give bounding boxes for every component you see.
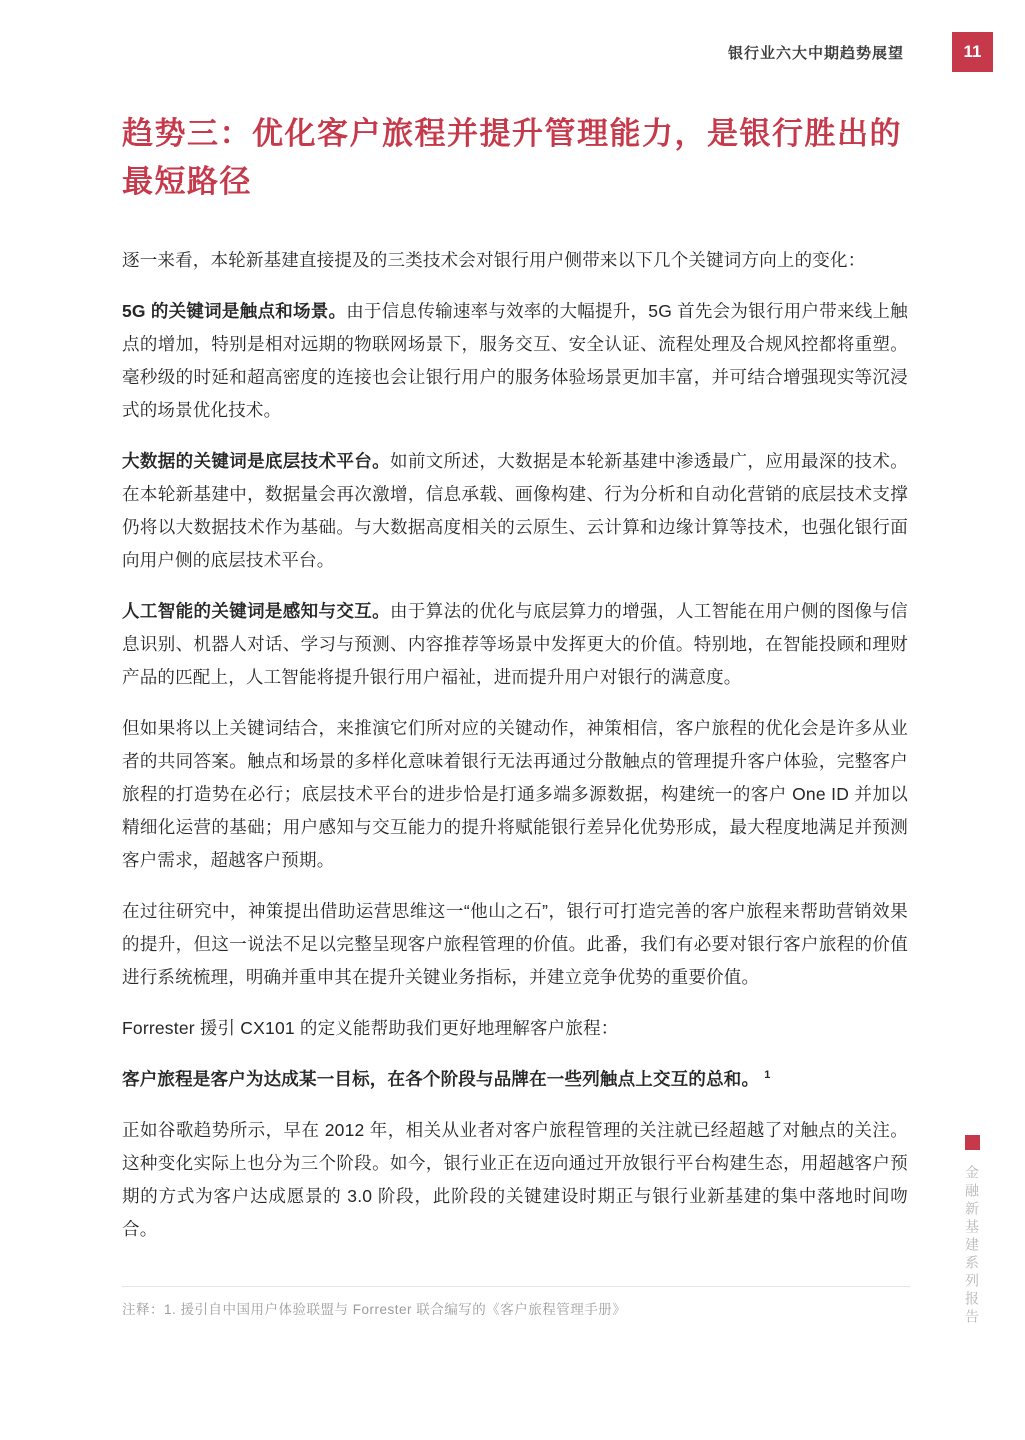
paragraph-text: Forrester 援引 CX101 的定义能帮助我们更好地理解客户旅程： <box>122 1018 618 1038</box>
body-paragraph: Forrester 援引 CX101 的定义能帮助我们更好地理解客户旅程： <box>122 1012 908 1045</box>
page-number-badge: 11 <box>952 32 993 72</box>
body-paragraph: 在过往研究中，神策提出借助运营思维这一“他山之石”，银行可打造完善的客户旅程来帮… <box>122 895 908 994</box>
body-paragraph: 逐一来看，本轮新基建直接提及的三类技术会对银行用户侧带来以下几个关键词方向上的变… <box>122 244 908 277</box>
body-paragraph: 但如果将以上关键词结合，来推演它们所对应的关键动作，神策相信，客户旅程的优化会是… <box>122 712 908 877</box>
body-paragraph: 5G 的关键词是触点和场景。由于信息传输速率与效率的大幅提升，5G 首先会为银行… <box>122 295 908 427</box>
article: 趋势三：优化客户旅程并提升管理能力，是银行胜出的最短路径 逐一来看，本轮新基建直… <box>122 110 908 1264</box>
article-heading: 趋势三：优化客户旅程并提升管理能力，是银行胜出的最短路径 <box>122 110 908 206</box>
article-paragraphs: 逐一来看，本轮新基建直接提及的三类技术会对银行用户侧带来以下几个关键词方向上的变… <box>122 244 908 1246</box>
paragraph-lead: 5G 的关键词是触点和场景。 <box>122 301 346 321</box>
paragraph-text: 但如果将以上关键词结合，来推演它们所对应的关键动作，神策相信，客户旅程的优化会是… <box>122 718 908 870</box>
paragraph-text: 逐一来看，本轮新基建直接提及的三类技术会对银行用户侧带来以下几个关键词方向上的变… <box>122 250 865 270</box>
footnote: 注释：1. 援引自中国用户体验联盟与 Forrester 联合编写的《客户旅程管… <box>122 1286 910 1318</box>
body-paragraph: 正如谷歌趋势所示，早在 2012 年，相关从业者对客户旅程管理的关注就已经超越了… <box>122 1114 908 1246</box>
side-label: 金融新基建系列报告 <box>960 1135 984 1327</box>
paragraph-lead: 人工智能的关键词是感知与交互。 <box>122 601 390 621</box>
footnote-ref: 1 <box>764 1069 770 1081</box>
page-header: 银行业六大中期趋势展望 11 <box>728 32 993 72</box>
paragraph-lead: 大数据的关键词是底层技术平台。 <box>122 451 390 471</box>
body-paragraph: 人工智能的关键词是感知与交互。由于算法的优化与底层算力的增强，人工智能在用户侧的… <box>122 595 908 694</box>
paragraph-text: 在过往研究中，神策提出借助运营思维这一“他山之石”，银行可打造完善的客户旅程来帮… <box>122 901 908 987</box>
section-title: 银行业六大中期趋势展望 <box>728 42 904 63</box>
body-paragraph: 客户旅程是客户为达成某一目标，在各个阶段与品牌在一些列触点上交互的总和。1 <box>122 1063 908 1096</box>
series-marker-square <box>965 1135 980 1150</box>
paragraph-text: 正如谷歌趋势所示，早在 2012 年，相关从业者对客户旅程管理的关注就已经超越了… <box>122 1120 908 1239</box>
body-paragraph: 大数据的关键词是底层技术平台。如前文所述，大数据是本轮新基建中渗透最广，应用最深… <box>122 445 908 577</box>
paragraph-text: 客户旅程是客户为达成某一目标，在各个阶段与品牌在一些列触点上交互的总和。 <box>122 1069 759 1089</box>
series-title-vertical: 金融新基建系列报告 <box>962 1165 982 1327</box>
